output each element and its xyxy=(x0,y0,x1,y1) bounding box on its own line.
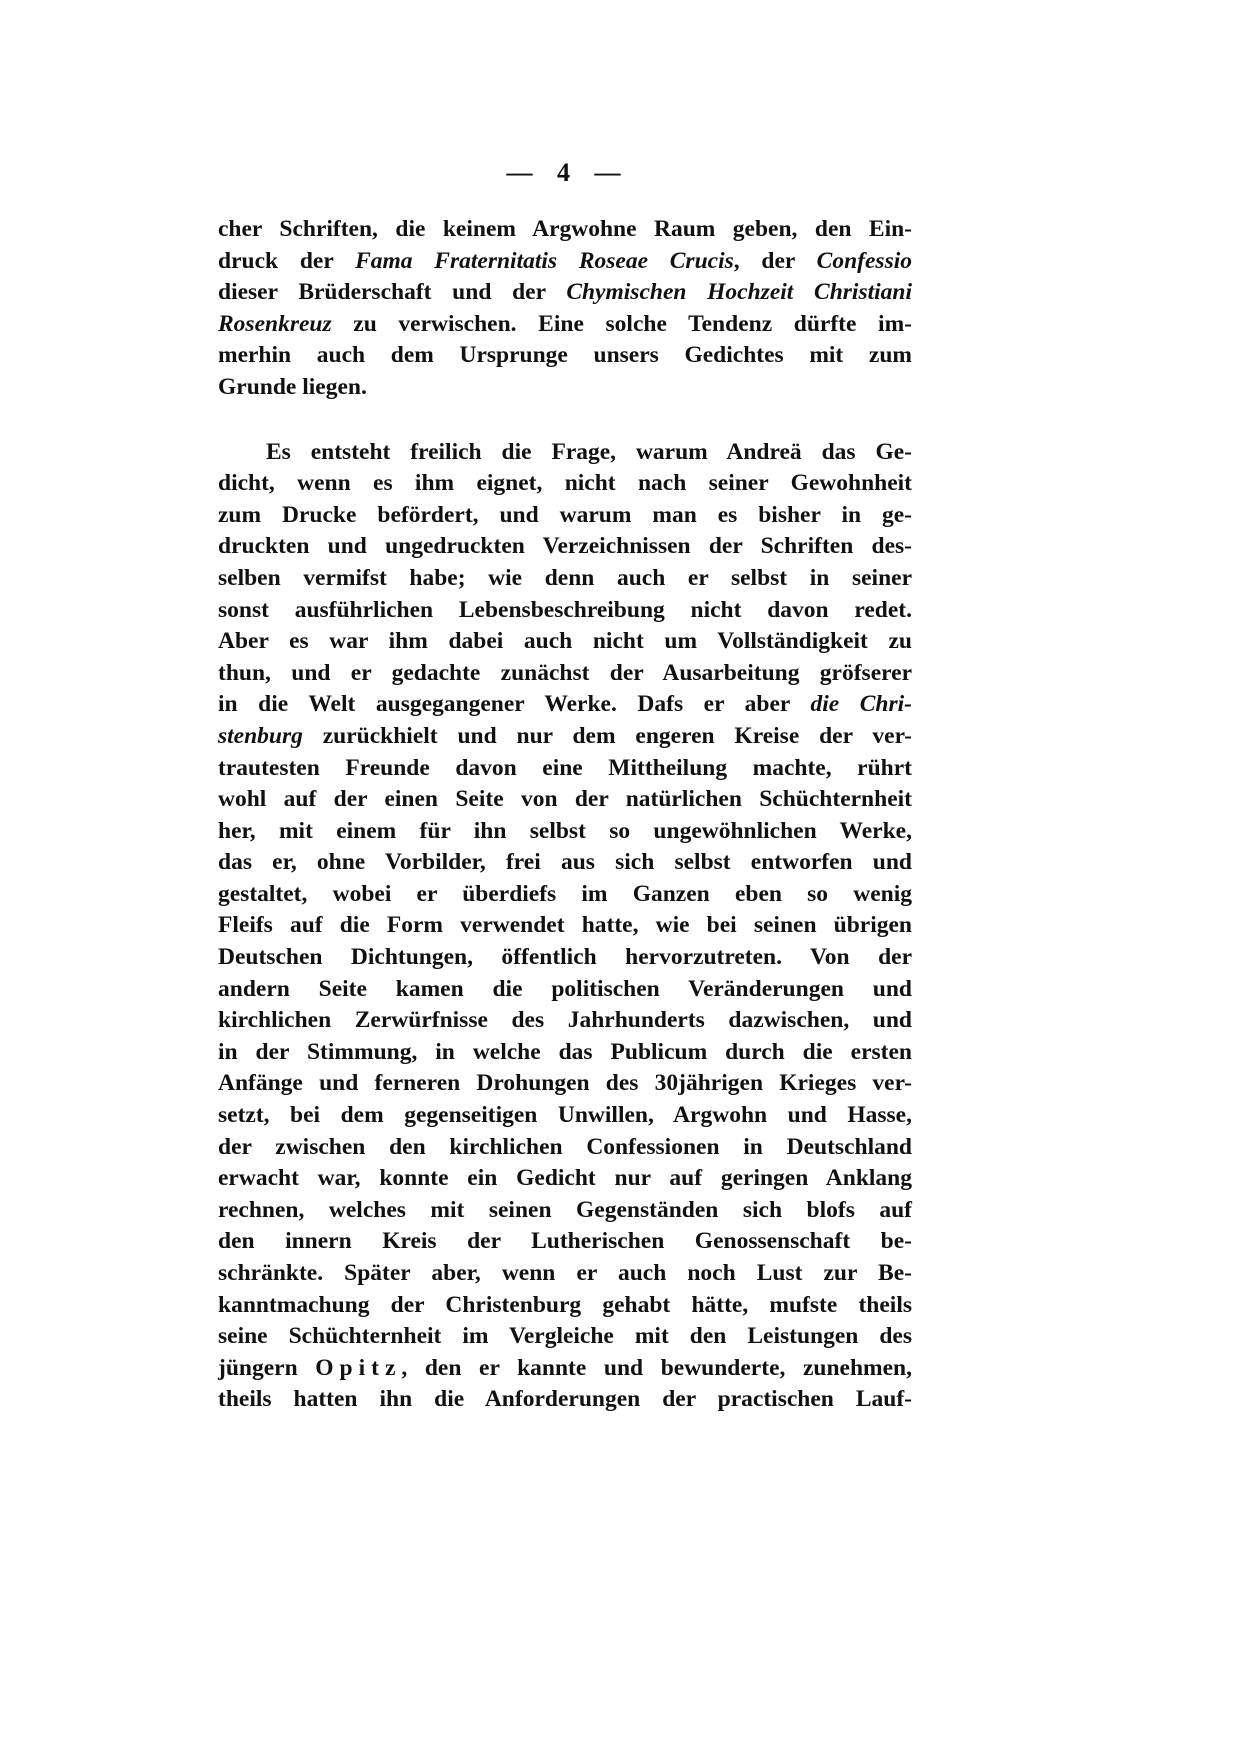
text-line: kirchlichen Zerwürfnisse des Jahrhundert… xyxy=(218,1005,912,1037)
text-line: der zwischen den kirchlichen Confessione… xyxy=(218,1132,912,1164)
text-line: Fleifs auf die Form verwendet hatte, wie… xyxy=(218,910,912,942)
text-line: gestaltet, wobei er überdiefs im Ganzen … xyxy=(218,879,912,911)
text-line: jüngern Opitz, den er kannte und bewunde… xyxy=(218,1353,912,1385)
text-line: trautesten Freunde davon eine Mittheilun… xyxy=(218,753,912,785)
page-number: — 4 — xyxy=(0,158,1129,188)
text-line: thun, und er gedachte zunächst der Ausar… xyxy=(218,658,912,690)
text-line: in die Welt ausgegangener Werke. Dafs er… xyxy=(218,689,912,721)
text-line: seine Schüchternheit im Vergleiche mit d… xyxy=(218,1321,912,1353)
italic-title: Rosenkreuz xyxy=(218,311,332,337)
paragraph: Es entsteht freilich die Frage, warum An… xyxy=(218,437,912,1416)
text-line: Deutschen Dichtungen, öffentlich hervorz… xyxy=(218,942,912,974)
text-line: stenburg zurückhielt und nur dem engeren… xyxy=(218,721,912,753)
text-line: cher Schriften, die keinem Argwohne Raum… xyxy=(218,214,912,246)
paragraph: cher Schriften, die keinem Argwohne Raum… xyxy=(218,214,912,404)
page-number-dash-right: — xyxy=(595,158,623,188)
page-number-value: 4 xyxy=(557,158,572,187)
page-number-dash-left: — xyxy=(507,158,535,188)
text-line: Es entsteht freilich die Frage, warum An… xyxy=(218,437,912,469)
text-line: Anfänge und ferneren Drohungen des 30jäh… xyxy=(218,1068,912,1100)
text-line: dieser Brüderschaft und der Chymischen H… xyxy=(218,277,912,309)
text-line: theils hatten ihn die Anforderungen der … xyxy=(218,1384,912,1416)
text-line: druckten und ungedruckten Verzeichnissen… xyxy=(218,531,912,563)
text-line: druck der Fama Fraternitatis Roseae Cruc… xyxy=(218,246,912,278)
text-line: selben vermifst habe; wie denn auch er s… xyxy=(218,563,912,595)
text-line: merhin auch dem Ursprunge unsers Gedicht… xyxy=(218,340,912,372)
text-line: dicht, wenn es ihm eignet, nicht nach se… xyxy=(218,468,912,500)
text-line: her, mit einem für ihn selbst so ungewöh… xyxy=(218,816,912,848)
spaced-name: Opitz xyxy=(315,1355,401,1381)
text-line: in der Stimmung, in welche das Publicum … xyxy=(218,1037,912,1069)
text-line: schränkte. Später aber, wenn er auch noc… xyxy=(218,1258,912,1290)
italic-title: Chymischen Hochzeit Christiani xyxy=(566,279,912,305)
paragraph-gap xyxy=(218,404,912,437)
text-line: andern Seite kamen die politischen Verän… xyxy=(218,974,912,1006)
text-line: sonst ausführlichen Lebensbeschreibung n… xyxy=(218,595,912,627)
text-line: zum Drucke befördert, und warum man es b… xyxy=(218,500,912,532)
text-line: wohl auf der einen Seite von der natürli… xyxy=(218,784,912,816)
text-line: Aber es war ihm dabei auch nicht um Voll… xyxy=(218,626,912,658)
text-line: Rosenkreuz zu verwischen. Eine solche Te… xyxy=(218,309,912,341)
text-line: das er, ohne Vorbilder, frei aus sich se… xyxy=(218,847,912,879)
italic-title: die Chri- xyxy=(810,691,912,717)
italic-title: Confessio xyxy=(817,248,912,274)
text-line: rechnen, welches mit seinen Gegenständen… xyxy=(218,1195,912,1227)
text-line: kanntmachung der Christenburg gehabt hät… xyxy=(218,1290,912,1322)
text-line: erwacht war, konnte ein Gedicht nur auf … xyxy=(218,1163,912,1195)
italic-title: Fama Fraternitatis Roseae Crucis xyxy=(355,248,734,274)
text-line: setzt, bei dem gegenseitigen Unwillen, A… xyxy=(218,1100,912,1132)
text-line: den innern Kreis der Lutherischen Genoss… xyxy=(218,1226,912,1258)
body-text: cher Schriften, die keinem Argwohne Raum… xyxy=(218,214,912,1416)
text-line: Grunde liegen. xyxy=(218,372,912,404)
italic-title: stenburg xyxy=(218,723,303,749)
